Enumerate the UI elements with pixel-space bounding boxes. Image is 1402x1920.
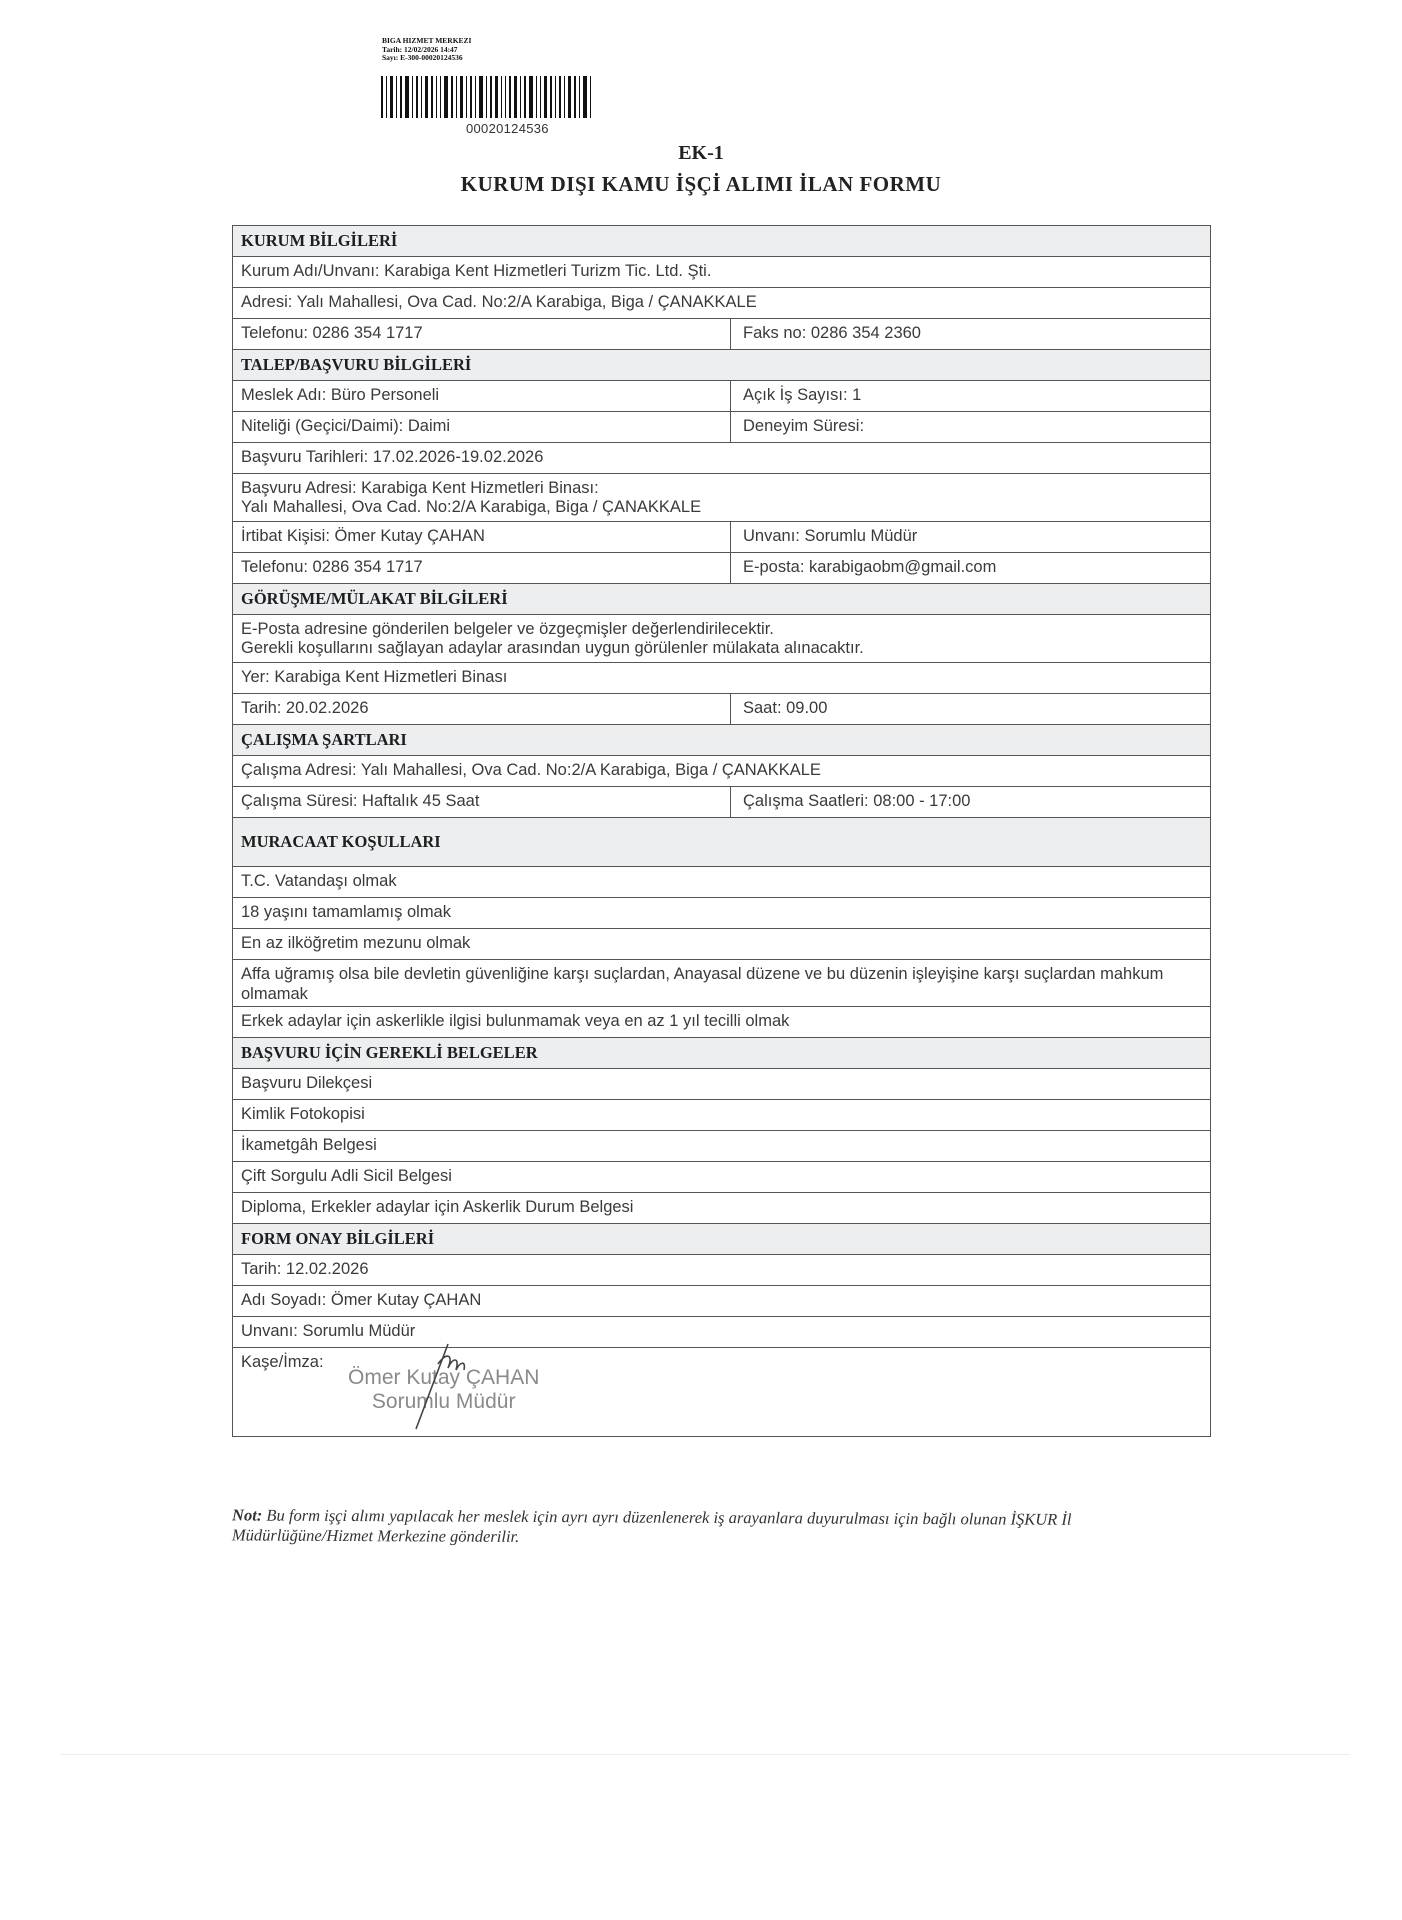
requirement-item: T.C. Vatandaşı olmak bbox=[233, 867, 1210, 898]
signature-scribble-icon bbox=[408, 1334, 468, 1434]
page-title: KURUM DIŞI KAMU İŞÇİ ALIMI İLAN FORMU bbox=[0, 172, 1402, 197]
document-item: Diploma, Erkekler adaylar için Askerlik … bbox=[233, 1193, 1210, 1224]
barcode bbox=[381, 76, 645, 118]
kurum-phone: Telefonu: 0286 354 1717 bbox=[233, 319, 731, 349]
requirement-item: Erkek adaylar için askerlikle ilgisi bul… bbox=[233, 1007, 1210, 1038]
interview-time: Saat: 09.00 bbox=[731, 694, 1210, 724]
talep-phone-row: Telefonu: 0286 354 1717 E-posta: karabig… bbox=[233, 553, 1210, 584]
section-belgeler-header: BAŞVURU İÇİN GEREKLİ BELGELER bbox=[233, 1038, 1210, 1069]
requirement-item: En az ilköğretim mezunu olmak bbox=[233, 929, 1210, 960]
registry-stamp: BIGA HIZMET MERKEZI Tarih: 12/02/2026 14… bbox=[382, 37, 471, 63]
open-positions: Açık İş Sayısı: 1 bbox=[731, 381, 1210, 411]
section-kurum-header: KURUM BİLGİLERİ bbox=[233, 226, 1210, 257]
document-item: Kimlik Fotokopisi bbox=[233, 1100, 1210, 1131]
talep-address-row: Başvuru Adresi: Karabiga Kent Hizmetleri… bbox=[233, 474, 1210, 522]
requirement-item: Affa uğramış olsa bile devletin güvenliğ… bbox=[233, 960, 1210, 1007]
kurum-name-row: Kurum Adı/Unvanı: Karabiga Kent Hizmetle… bbox=[233, 257, 1210, 288]
talep-occupation-row: Meslek Adı: Büro Personeli Açık İş Sayıs… bbox=[233, 381, 1210, 412]
document-item: Başvuru Dilekçesi bbox=[233, 1069, 1210, 1100]
document-item: Çift Sorgulu Adli Sicil Belgesi bbox=[233, 1162, 1210, 1193]
requirement-item: 18 yaşını tamamlamış olmak bbox=[233, 898, 1210, 929]
requirements-list: T.C. Vatandaşı olmak18 yaşını tamamlamış… bbox=[233, 867, 1210, 1038]
section-talep-header: TALEP/BAŞVURU BİLGİLERİ bbox=[233, 350, 1210, 381]
gorusme-place-row: Yer: Karabiga Kent Hizmetleri Binası bbox=[233, 663, 1210, 694]
gorusme-datetime-row: Tarih: 20.02.2026 Saat: 09.00 bbox=[233, 694, 1210, 725]
documents-list: Başvuru DilekçesiKimlik Fotokopisiİkamet… bbox=[233, 1069, 1210, 1224]
gorusme-info-row: E-Posta adresine gönderilen belgeler ve … bbox=[233, 615, 1210, 663]
announcement-form: KURUM BİLGİLERİ Kurum Adı/Unvanı: Karabi… bbox=[232, 225, 1211, 1437]
kurum-contact-row: Telefonu: 0286 354 1717 Faks no: 0286 35… bbox=[233, 319, 1210, 350]
work-hours: Çalışma Saatleri: 08:00 - 17:00 bbox=[731, 787, 1210, 817]
contact-title: Unvanı: Sorumlu Müdür bbox=[731, 522, 1210, 552]
footer-note: Not: Bu form işçi alımı yapılacak her me… bbox=[232, 1505, 1212, 1550]
talep-dates-row: Başvuru Tarihleri: 17.02.2026-19.02.2026 bbox=[233, 443, 1210, 474]
barcode-number: 00020124536 bbox=[466, 121, 549, 136]
occupation: Meslek Adı: Büro Personeli bbox=[233, 381, 731, 411]
section-gorusme-header: GÖRÜŞME/MÜLAKAT BİLGİLERİ bbox=[233, 584, 1210, 615]
kurum-fax: Faks no: 0286 354 2360 bbox=[731, 319, 1210, 349]
interview-info-line2: Gerekli koşullarını sağlayan adaylar ara… bbox=[241, 639, 1202, 658]
application-address-line1: Başvuru Adresi: Karabiga Kent Hizmetleri… bbox=[241, 479, 1202, 498]
application-address-line2: Yalı Mahallesi, Ova Cad. No:2/A Karabiga… bbox=[241, 498, 1202, 517]
onay-date-row: Tarih: 12.02.2026 bbox=[233, 1255, 1210, 1286]
interview-date: Tarih: 20.02.2026 bbox=[233, 694, 731, 724]
note-text: Bu form işçi alımı yapılacak her meslek … bbox=[232, 1506, 1072, 1546]
interview-info-line1: E-Posta adresine gönderilen belgeler ve … bbox=[241, 620, 1202, 639]
nature: Niteliği (Geçici/Daimi): Daimi bbox=[233, 412, 731, 442]
talep-nature-row: Niteliği (Geçici/Daimi): Daimi Deneyim S… bbox=[233, 412, 1210, 443]
calisma-time-row: Çalışma Süresi: Haftalık 45 Saat Çalışma… bbox=[233, 787, 1210, 818]
contact-phone: Telefonu: 0286 354 1717 bbox=[233, 553, 731, 583]
section-kosullar-header: MURACAAT KOŞULLARI bbox=[233, 818, 1210, 867]
work-duration: Çalışma Süresi: Haftalık 45 Saat bbox=[233, 787, 731, 817]
section-onay-header: FORM ONAY BİLGİLERİ bbox=[233, 1224, 1210, 1255]
calisma-address-row: Çalışma Adresi: Yalı Mahallesi, Ova Cad.… bbox=[233, 756, 1210, 787]
annex-label: EK-1 bbox=[0, 142, 1402, 165]
signature-row: Kaşe/İmza: Ömer Kutay ÇAHAN Sorumlu Müdü… bbox=[233, 1348, 1210, 1437]
talep-contact-row: İrtibat Kişisi: Ömer Kutay ÇAHAN Unvanı:… bbox=[233, 522, 1210, 553]
section-calisma-header: ÇALIŞMA ŞARTLARI bbox=[233, 725, 1210, 756]
scan-edge-line bbox=[60, 1754, 1350, 1755]
contact-person: İrtibat Kişisi: Ömer Kutay ÇAHAN bbox=[233, 522, 731, 552]
onay-title-row: Unvanı: Sorumlu Müdür bbox=[233, 1317, 1210, 1348]
kurum-address-row: Adresi: Yalı Mahallesi, Ova Cad. No:2/A … bbox=[233, 288, 1210, 319]
stamp-number: Sayı: E-300-00020124536 bbox=[382, 54, 471, 63]
experience: Deneyim Süresi: bbox=[731, 412, 1210, 442]
onay-name-row: Adı Soyadı: Ömer Kutay ÇAHAN bbox=[233, 1286, 1210, 1317]
document-item: İkametgâh Belgesi bbox=[233, 1131, 1210, 1162]
note-label: Not: bbox=[232, 1505, 262, 1524]
contact-email: E-posta: karabigaobm@gmail.com bbox=[731, 553, 1210, 583]
